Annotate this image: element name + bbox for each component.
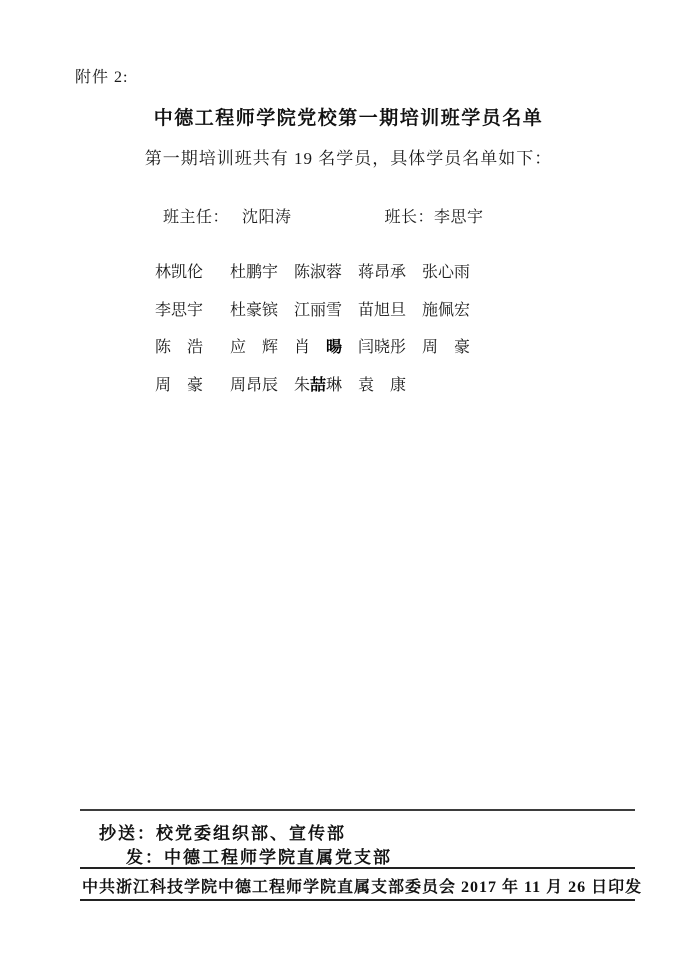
- rare-character: 喆: [310, 377, 326, 394]
- intro-paragraph: 第一期培训班共有 19 名学员，具体学员名单如下：: [0, 144, 697, 169]
- student-name-part: 肖: [294, 339, 326, 356]
- document-title: 中德工程师学院党校第一期培训班学员名单: [0, 103, 697, 130]
- student-name: 张心雨: [422, 259, 470, 282]
- rare-character: 暘: [326, 339, 342, 356]
- student-name: 肖 暘: [294, 334, 358, 357]
- student-name: 应 辉: [230, 334, 294, 357]
- student-name-part: 朱: [294, 377, 310, 394]
- issue-value: 中德工程师学院直属党支部: [164, 848, 392, 867]
- student-name: 周昂辰: [230, 372, 294, 395]
- student-name: 周 豪: [422, 334, 470, 357]
- horizontal-rule-middle: [80, 867, 635, 869]
- student-name: 苗旭旦: [358, 297, 422, 320]
- student-name: 陈淑蓉: [294, 259, 358, 282]
- student-name: 朱喆琳: [294, 372, 358, 395]
- issue-line: 发：中德工程师学院直属党支部: [126, 843, 392, 868]
- class-monitor-group: 班长：李思宇: [385, 209, 484, 226]
- roster-row-3: 陈 浩 应 辉 肖 暘 闫晓彤 周 豪: [155, 327, 470, 365]
- student-name: 闫晓彤: [358, 334, 422, 357]
- cc-label: 抄送：: [99, 824, 156, 843]
- roster-row-4: 周 豪 周昂辰 朱喆琳 袁 康: [155, 365, 470, 403]
- student-name: 陈 浩: [155, 334, 230, 357]
- student-roster: 林凯伦 杜鹏宇 陈淑蓉 蒋昂承 张心雨 李思宇 杜豪镔 江丽雪 苗旭旦 施佩宏 …: [155, 252, 470, 402]
- student-name: 李思宇: [155, 297, 230, 320]
- class-monitor-name: 李思宇: [434, 209, 484, 226]
- roster-row-1: 林凯伦 杜鹏宇 陈淑蓉 蒋昂承 张心雨: [155, 252, 470, 290]
- issue-label: 发：: [126, 848, 164, 867]
- student-name: 杜鹏宇: [230, 259, 294, 282]
- student-name: 蒋昂承: [358, 259, 422, 282]
- imprint-line: 中共浙江科技学院中德工程师学院直属支部委员会 2017 年 11 月 26 日印…: [82, 874, 642, 897]
- horizontal-rule-bottom: [80, 899, 635, 901]
- leaders-row: 班主任：沈阳涛班长：李思宇: [163, 204, 484, 227]
- document-page: 附件 2: 中德工程师学院党校第一期培训班学员名单 第一期培训班共有 19 名学…: [0, 0, 697, 963]
- cc-value: 校党委组织部、宣传部: [156, 824, 346, 843]
- student-name: 周 豪: [155, 372, 230, 395]
- attachment-label: 附件 2:: [75, 64, 128, 87]
- roster-row-2: 李思宇 杜豪镔 江丽雪 苗旭旦 施佩宏: [155, 290, 470, 328]
- class-monitor-label: 班长：: [385, 209, 435, 226]
- student-name: 袁 康: [358, 372, 406, 395]
- student-name: 施佩宏: [422, 297, 470, 320]
- cc-line: 抄送：校党委组织部、宣传部: [99, 819, 346, 844]
- class-advisor-name: 沈阳涛: [242, 209, 292, 226]
- student-name: 杜豪镔: [230, 297, 294, 320]
- student-name-part: 琳: [326, 377, 342, 394]
- horizontal-rule-top: [80, 809, 635, 811]
- student-name: 林凯伦: [155, 259, 230, 282]
- student-name: 江丽雪: [294, 297, 358, 320]
- class-advisor-label: 班主任：: [163, 209, 229, 226]
